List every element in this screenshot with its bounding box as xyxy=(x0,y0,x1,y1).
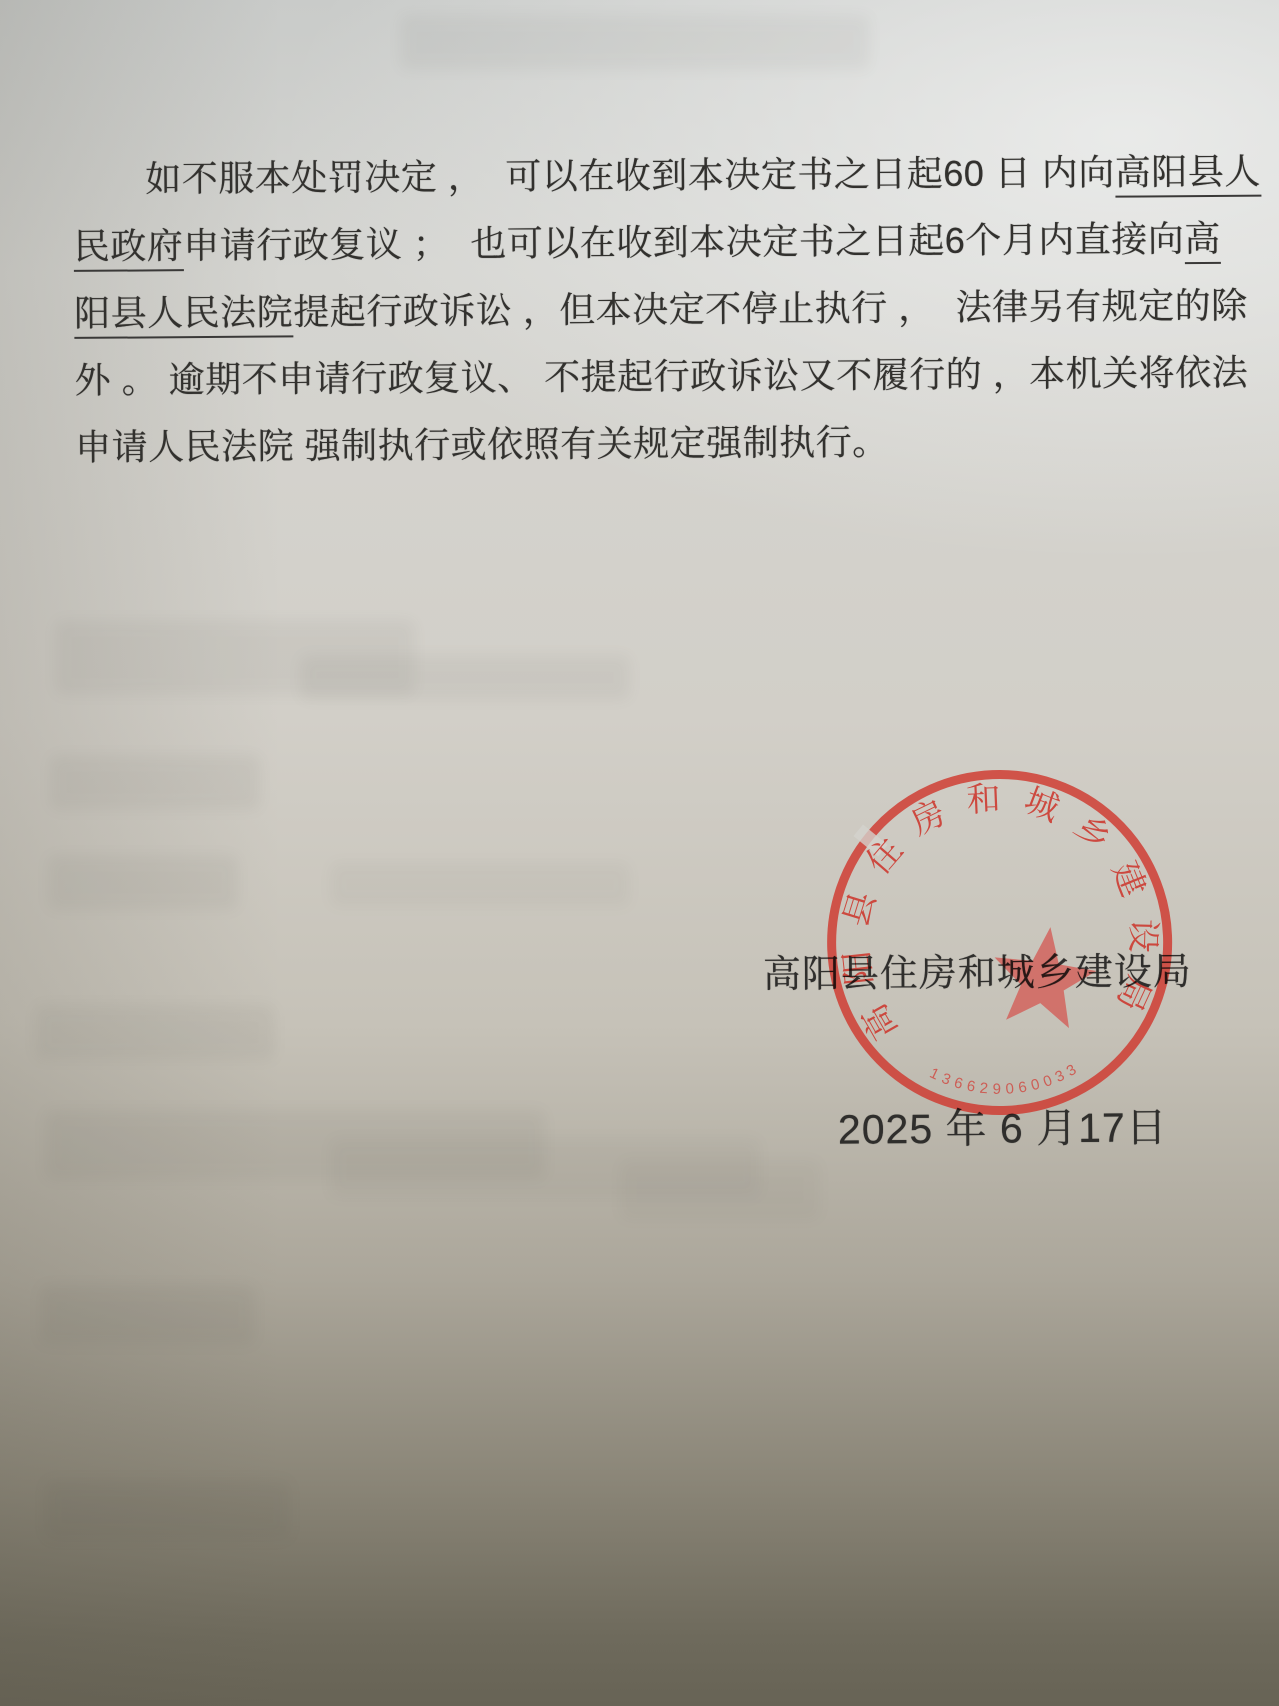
paragraph-line: 阳县人民法院提起行政诉讼 ，但本决定不停止执行 ， 法律另有规定的除 xyxy=(74,272,1159,347)
underlined-text-gaoyang-county: 高阳县人 xyxy=(1115,151,1261,198)
paragraph-line: 如不服本处罚决定 ， 可以在收到本决定书之日起60 日 内向高阳县人 xyxy=(73,138,1158,213)
paragraph-line: 申请人民法院 强制执行或依照有关规定强制执行。 xyxy=(75,406,1160,481)
paragraph-line: 民政府申请行政复议 ； 也可以在收到本决定书之日起6个月内直接向高 xyxy=(74,205,1159,280)
paragraph-line: 外 。 逾期不申请行政复议、 不提起行政诉讼又不履行的 ，本机关将依法 xyxy=(74,339,1159,414)
seal-arc-text: 高阳县住房和城乡建设局 xyxy=(830,773,1168,1047)
underlined-text-peoples-government: 民政府 xyxy=(74,225,184,272)
paragraph-text: 如不服本处罚决定 ， 可以在收到本决定书之日起60 日 内向 xyxy=(145,152,1115,200)
underlined-text-peoples-court: 阳县人民法院 xyxy=(74,291,293,339)
underlined-text-gao: 高 xyxy=(1184,218,1221,264)
official-seal: 高阳县住房和城乡建设局 136629060033 xyxy=(813,756,1186,1129)
appeal-paragraph: 如不服本处罚决定 ， 可以在收到本决定书之日起60 日 内向高阳县人 民政府申请… xyxy=(73,138,1160,481)
seal-star-icon xyxy=(993,925,1098,1031)
paragraph-text: 外 。 逾期不申请行政复议、 不提起行政诉讼又不履行的 ，本机关将依法 xyxy=(75,352,1249,401)
paragraph-text: 提起行政诉讼 ，但本决定不停止执行 ， 法律另有规定的除 xyxy=(293,285,1248,333)
paragraph-text: 申请行政复议 ； 也可以在收到本决定书之日起6个月内直接向 xyxy=(183,218,1184,266)
seal-ring xyxy=(825,768,1175,1118)
document-page: 如不服本处罚决定 ， 可以在收到本决定书之日起60 日 内向高阳县人 民政府申请… xyxy=(0,0,1279,1706)
paragraph-text: 申请人民法院 强制执行或依照有关规定强制执行。 xyxy=(75,421,889,468)
